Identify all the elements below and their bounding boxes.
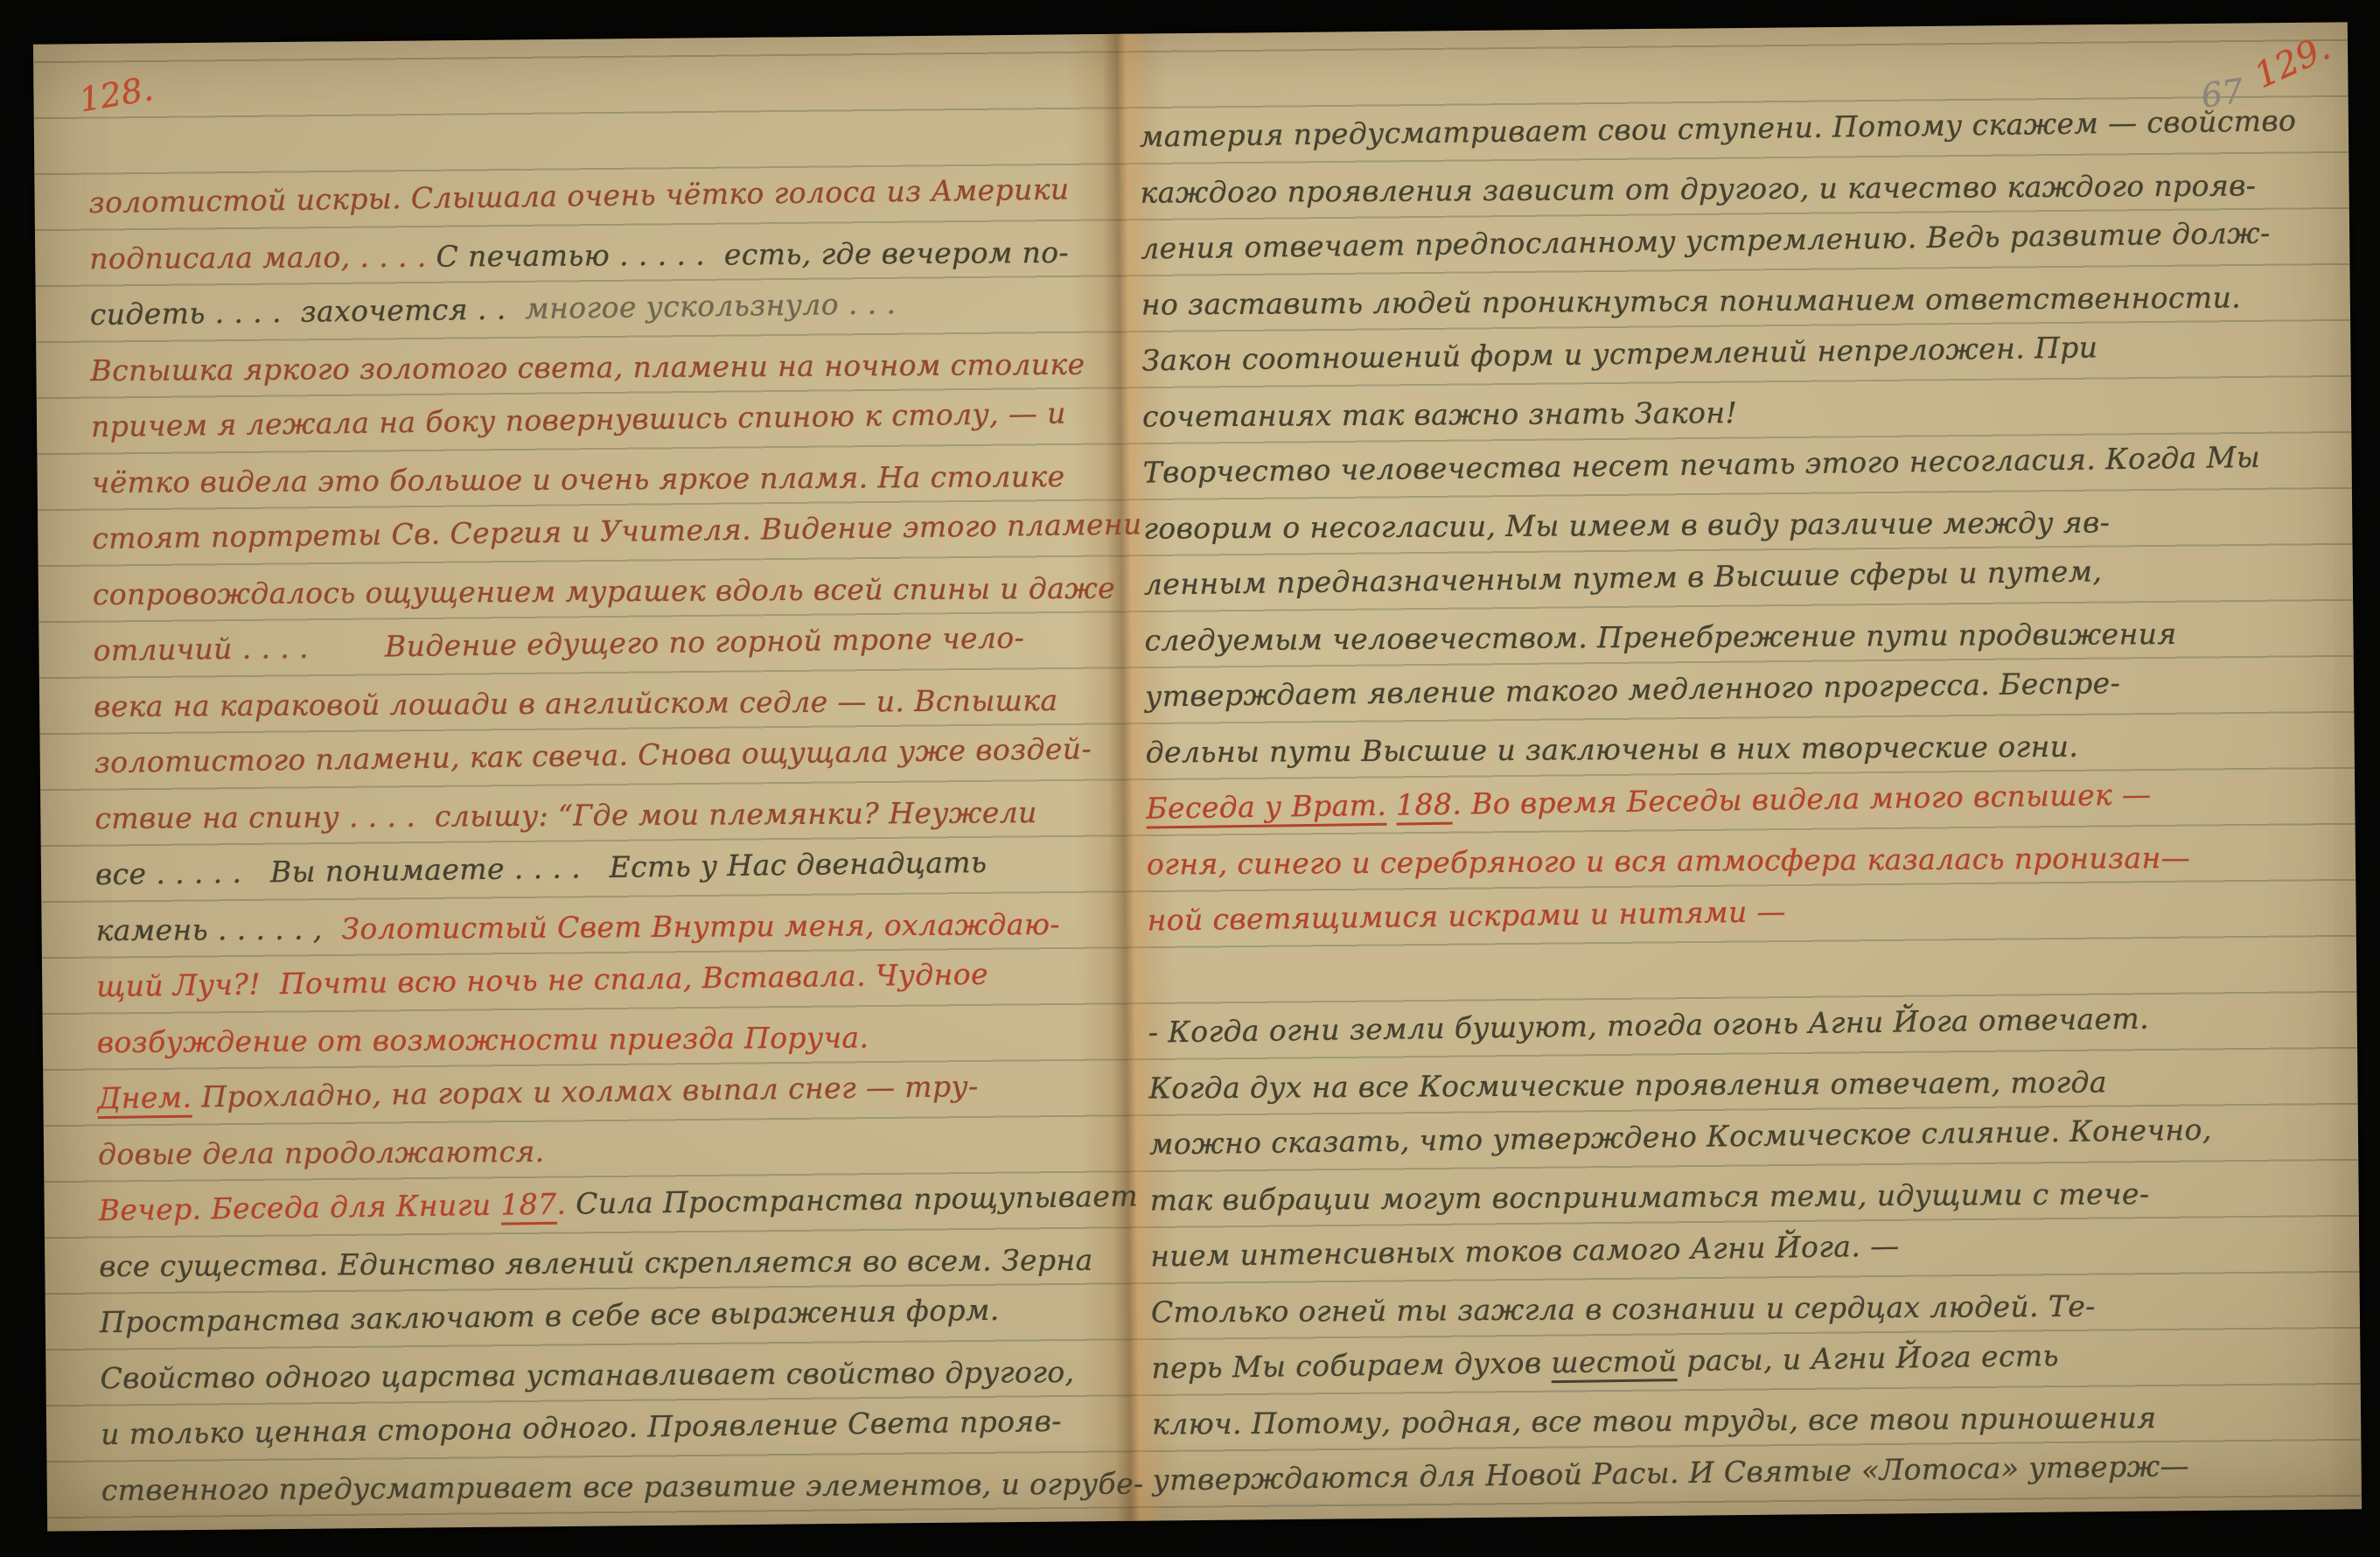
handwriting-segment: . Во время Беседы видела много вспышек — (1452, 778, 2152, 821)
handwriting-segment: можно сказать, что утверждено Космическо… (1149, 1113, 2212, 1162)
handwriting-segment: Вечер. Беседа для Книги (98, 1188, 500, 1227)
handwriting-segment: сопровождалось ощущением мурашек вдоль в… (93, 571, 1115, 612)
handwriting-segment: материя предусматривает свои ступени. По… (1140, 103, 2297, 153)
handwriting-segment: - Когда огни земли бушуют, тогда огонь А… (1148, 1002, 2150, 1050)
handwriting-segment: сочетаниях так важно знать Закон! (1142, 395, 1737, 433)
handwriting-segment: шестой (1551, 1344, 1678, 1383)
handwriting-segment: причем я лежала на боку повернувшись спи… (91, 396, 1066, 444)
handwriting-segment: Свойство одного царства устанавливает св… (100, 1355, 1074, 1395)
handwriting-segment: все существа. Единство явлений скрепляет… (99, 1243, 1093, 1283)
notebook-spread: 128. золотистой искры. Слышала очень чёт… (33, 22, 2362, 1531)
handwriting-segment (1386, 788, 1396, 822)
handwriting-segment: Когда дух на все Космические проявления … (1148, 1065, 2107, 1105)
handwriting-segment: и только ценная сторона одного. Проявлен… (101, 1404, 1062, 1451)
handwriting-segment: Сила Пространства прощупывает (576, 1178, 1138, 1220)
handwriting-segment: ленным предназначенным путем в Высшие сф… (1144, 554, 2103, 601)
handwriting-segment: ключ. Потому, родная, все твои труды, вс… (1152, 1400, 2157, 1441)
handwriting-segment: расы, и Агни Йога есть (1677, 1338, 2059, 1378)
handwriting-segment: огня, синего и серебряного и вся атмосфе… (1147, 841, 2190, 882)
handwriting-segment: возбуждение от возможности приезда Поруч… (97, 1020, 869, 1059)
handwriting-segment: ления отвечает предпосланному устремлени… (1141, 216, 2271, 266)
handwriting-segment: все . . . . . Вы понимаете . . . . Есть … (95, 845, 988, 891)
handwriting-segment: ственного предусматривает все развитие э… (101, 1466, 1144, 1507)
handwriting-segment: перь Мы собираем духов (1151, 1345, 1551, 1385)
page-left-handwriting: золотистой искры. Слышала очень чётко го… (88, 165, 1107, 1519)
handwritten-line: золотистой искры. Слышала очень чётко го… (88, 161, 1095, 231)
page-right: материя предусматривает свои ступени. По… (1118, 22, 2362, 1520)
handwriting-segment: следуемым человечеством. Пренебрежение п… (1144, 617, 2176, 658)
handwritten-line: ственного предусматривает все развитие э… (101, 1456, 1107, 1519)
handwriting-segment: щий Луч?! Почти всю ночь не спала, Встав… (96, 957, 988, 1003)
handwriting-segment: подписала мало, . . . . (89, 240, 436, 276)
scanned-notebook-photo: 128. золотистой искры. Слышала очень чёт… (0, 0, 2380, 1557)
handwriting-segment: века на караковой лошади в английском се… (94, 683, 1058, 723)
handwriting-segment: 188 (1396, 787, 1453, 826)
handwriting-segment: ствие на спину . . . . слышу: “Где мои п… (94, 795, 1037, 835)
handwriting-segment: чётко видела это большое и очень яркое п… (92, 459, 1065, 499)
handwriting-segment: 187 (500, 1187, 557, 1225)
handwriting-segment: стоят портреты Св. Сергия и Учителя. Вид… (92, 506, 1142, 555)
handwriting-segment: камень . . . . . , (96, 911, 342, 947)
page-number-left: 128. (76, 69, 156, 119)
handwriting-segment: говорим о несогласии, Мы имеем в виду ра… (1143, 505, 2110, 545)
handwriting-segment: сидеть . . . . захочется . . (90, 291, 526, 332)
handwriting-segment: Прохладно, на горах и холмах выпал снег … (192, 1069, 979, 1114)
page-left: 128. золотистой искры. Слышала очень чёт… (33, 34, 1132, 1532)
handwriting-segment: Беседа у Врат. (1146, 788, 1387, 829)
handwriting-segment: Пространства заключают в себе все выраже… (100, 1293, 1000, 1339)
handwriting-segment: . (556, 1186, 576, 1220)
handwriting-segment: но заставить людей проникнуться понимани… (1141, 280, 2241, 321)
handwriting-segment: Днем. (97, 1080, 192, 1120)
handwriting-segment: довые дела продолжаются. (98, 1135, 545, 1171)
handwriting-segment: Столько огней ты зажгла в сознании и сер… (1151, 1289, 2096, 1330)
handwriting-segment: ной светящимися искрами и нитями — (1147, 894, 1786, 937)
handwriting-segment: утверждаются для Новой Расы. И Святые «Л… (1152, 1449, 2189, 1498)
handwritten-line: материя предусматривает свои ступени. По… (1140, 93, 2321, 165)
handwriting-segment: Золотистый Свет Внутри меня, охлаждаю- (341, 907, 1060, 946)
handwriting-segment: Закон соотношений форм и устремлений неп… (1141, 330, 2098, 377)
page-right-handwriting: материя предусматривает свои ступени. По… (1140, 98, 2334, 1509)
handwriting-segment: отличий . . . . Видение едущего по горно… (93, 620, 1024, 667)
handwriting-segment: многое ускользнуло . . . (525, 286, 897, 325)
handwriting-segment: каждого проявления зависит от другого, и… (1140, 168, 2256, 209)
handwriting-segment: утверждает явление такого медленного про… (1145, 666, 2121, 714)
handwriting-segment: нием интенсивных токов самого Агни Йога.… (1150, 1229, 1900, 1274)
handwriting-segment: дельны пути Высшие и заключены в них тво… (1146, 730, 2079, 770)
handwriting-segment: золотистой искры. Слышала очень чётко го… (88, 171, 1069, 220)
handwriting-segment: золотистого пламени, как свеча. Снова ощ… (94, 731, 1092, 779)
handwriting-segment: так вибрации могут восприниматься теми, … (1150, 1176, 2150, 1217)
handwriting-segment: Вспышка яркого золотого света, пламени н… (90, 347, 1085, 388)
handwriting-segment: Творчество человечества несет печать это… (1142, 440, 2260, 490)
handwriting-segment: С печатью . . . . . есть, где вечером по… (436, 235, 1069, 274)
